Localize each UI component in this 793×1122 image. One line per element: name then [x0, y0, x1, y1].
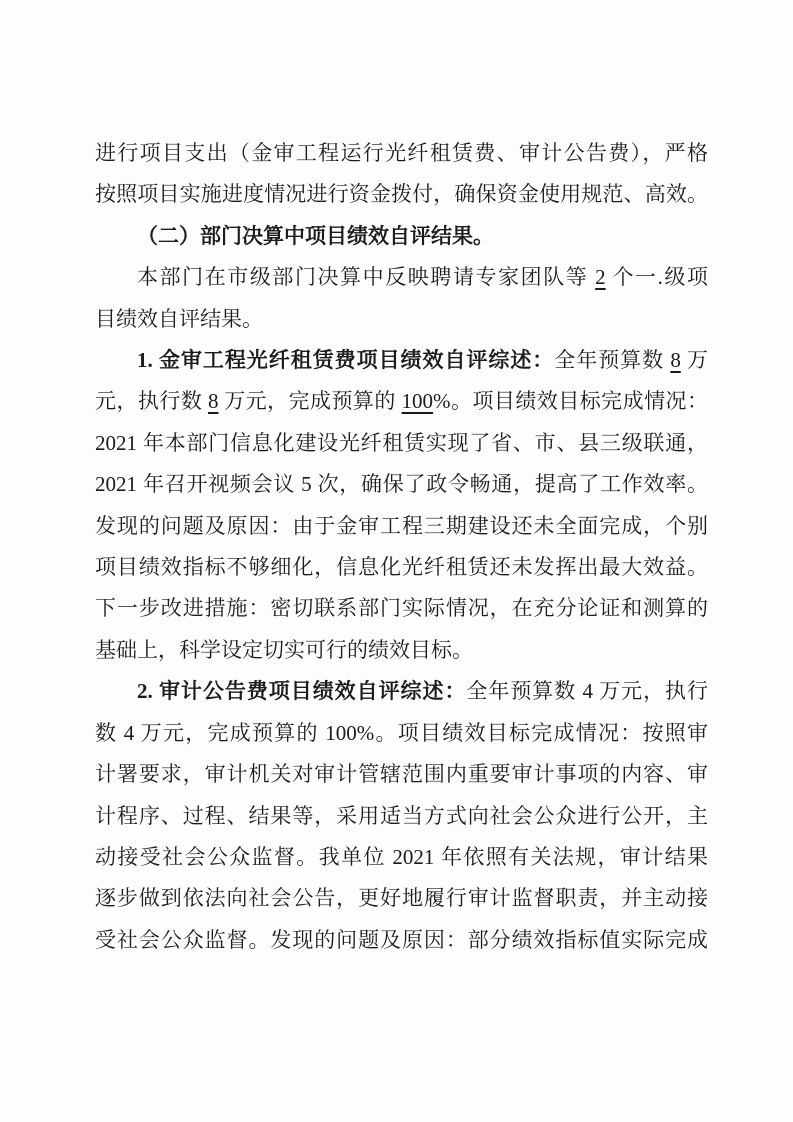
text-segment: 发现的问题及原因：由于金审工程三期建设还未全面完成，个别 — [95, 514, 708, 538]
text-segment: 2021 年召开视频会议 5 次，确保了政令畅通，提高了工作效率。 — [95, 472, 708, 496]
text-segment: 基础上，科学设定切实可行的绩效目标。 — [95, 638, 473, 662]
text-segment: 逐步做到依法向社会公告，更好地履行审计监督职责，并主动接 — [95, 886, 708, 910]
text-segment: 2021 年本部门信息化建设光纤租赁实现了省、市、县三级联通， — [95, 431, 708, 455]
text-line: 2. 审计公告费项目绩效自评综述：全年预算数 4 万元，执行 — [95, 671, 708, 712]
text-segment: 万元，完成预算的 — [218, 389, 401, 413]
text-line: 动接受社会公众监督。我单位 2021 年依照有关法规，审计结果 — [95, 837, 708, 878]
text-segment: 动接受社会公众监督。我单位 2021 年依照有关法规，审计结果 — [95, 845, 708, 869]
text-segment: 计程序、过程、结果等，采用适当方式向社会公众进行公开，主 — [95, 804, 708, 828]
text-line: 2021 年召开视频会议 5 次，确保了政令畅通，提高了工作效率。 — [95, 464, 708, 505]
text-line: 逐步做到依法向社会公告，更好地履行审计监督职责，并主动接 — [95, 878, 708, 919]
document-page: 进行项目支出（金审工程运行光纤租赁费、审计公告费），严格按照项目实施进度情况进行… — [0, 0, 793, 1122]
text-line: 目绩效自评结果。 — [95, 299, 708, 340]
text-segment: 个一.级项 — [606, 265, 708, 289]
text-segment: 项目绩效指标不够细化，信息化光纤租赁还未发挥出最大效益。 — [95, 555, 708, 579]
underlined-value: 2 — [595, 265, 606, 289]
bold-heading-text: 1. 金审工程光纤租赁费项目绩效自评综述： — [137, 348, 554, 372]
text-line: （二）部门决算中项目绩效自评结果。 — [95, 216, 708, 257]
text-segment: 计署要求，审计机关对审计管辖范围内重要审计事项的内容、审 — [95, 762, 708, 786]
underlined-value: 8 — [670, 348, 681, 372]
text-segment: 万 — [681, 348, 708, 372]
underlined-value: 100 — [402, 389, 434, 413]
bold-heading-text: 2. 审计公告费项目绩效自评综述： — [137, 679, 466, 703]
text-line: 受社会公众监督。发现的问题及原因：部分绩效指标值实际完成 — [95, 920, 708, 961]
bold-heading-text: （二）部门决算中项目绩效自评结果。 — [137, 224, 494, 248]
text-segment: 受社会公众监督。发现的问题及原因：部分绩效指标值实际完成 — [95, 928, 708, 952]
text-line: 下一步改进措施：密切联系部门实际情况，在充分论证和测算的 — [95, 588, 708, 629]
text-line: 2021 年本部门信息化建设光纤租赁实现了省、市、县三级联通， — [95, 423, 708, 464]
text-segment: 目绩效自评结果。 — [95, 307, 263, 331]
text-line: 计程序、过程、结果等，采用适当方式向社会公众进行公开，主 — [95, 796, 708, 837]
text-segment: 数 4 万元，完成预算的 100%。项目绩效目标完成情况：按照审 — [95, 721, 708, 745]
text-line: 本部门在市级部门决算中反映聘请专家团队等 2 个一.级项 — [95, 257, 708, 298]
text-line: 基础上，科学设定切实可行的绩效目标。 — [95, 630, 708, 671]
text-line: 进行项目支出（金审工程运行光纤租赁费、审计公告费），严格 — [95, 133, 708, 174]
text-segment: 进行项目支出（金审工程运行光纤租赁费、审计公告费），严格 — [95, 141, 708, 165]
text-segment: 本部门在市级部门决算中反映聘请专家团队等 — [137, 265, 595, 289]
text-line: 数 4 万元，完成预算的 100%。项目绩效目标完成情况：按照审 — [95, 713, 708, 754]
text-segment: 全年预算数 — [554, 348, 670, 372]
underlined-value: 8 — [208, 389, 219, 413]
document-text: 进行项目支出（金审工程运行光纤租赁费、审计公告费），严格按照项目实施进度情况进行… — [95, 133, 708, 961]
text-segment: %。项目绩效目标完成情况： — [433, 389, 708, 413]
text-segment: 元，执行数 — [95, 389, 208, 413]
text-line: 按照项目实施进度情况进行资金拨付，确保资金使用规范、高效。 — [95, 174, 708, 215]
text-line: 1. 金审工程光纤租赁费项目绩效自评综述：全年预算数 8 万 — [95, 340, 708, 381]
text-segment: 下一步改进措施：密切联系部门实际情况，在充分论证和测算的 — [95, 596, 708, 620]
text-line: 项目绩效指标不够细化，信息化光纤租赁还未发挥出最大效益。 — [95, 547, 708, 588]
text-segment: 按照项目实施进度情况进行资金拨付，确保资金使用规范、高效。 — [95, 182, 708, 206]
text-line: 元，执行数 8 万元，完成预算的 100%。项目绩效目标完成情况： — [95, 381, 708, 422]
text-segment: 全年预算数 4 万元，执行 — [466, 679, 708, 703]
text-line: 发现的问题及原因：由于金审工程三期建设还未全面完成，个别 — [95, 506, 708, 547]
text-line: 计署要求，审计机关对审计管辖范围内重要审计事项的内容、审 — [95, 754, 708, 795]
